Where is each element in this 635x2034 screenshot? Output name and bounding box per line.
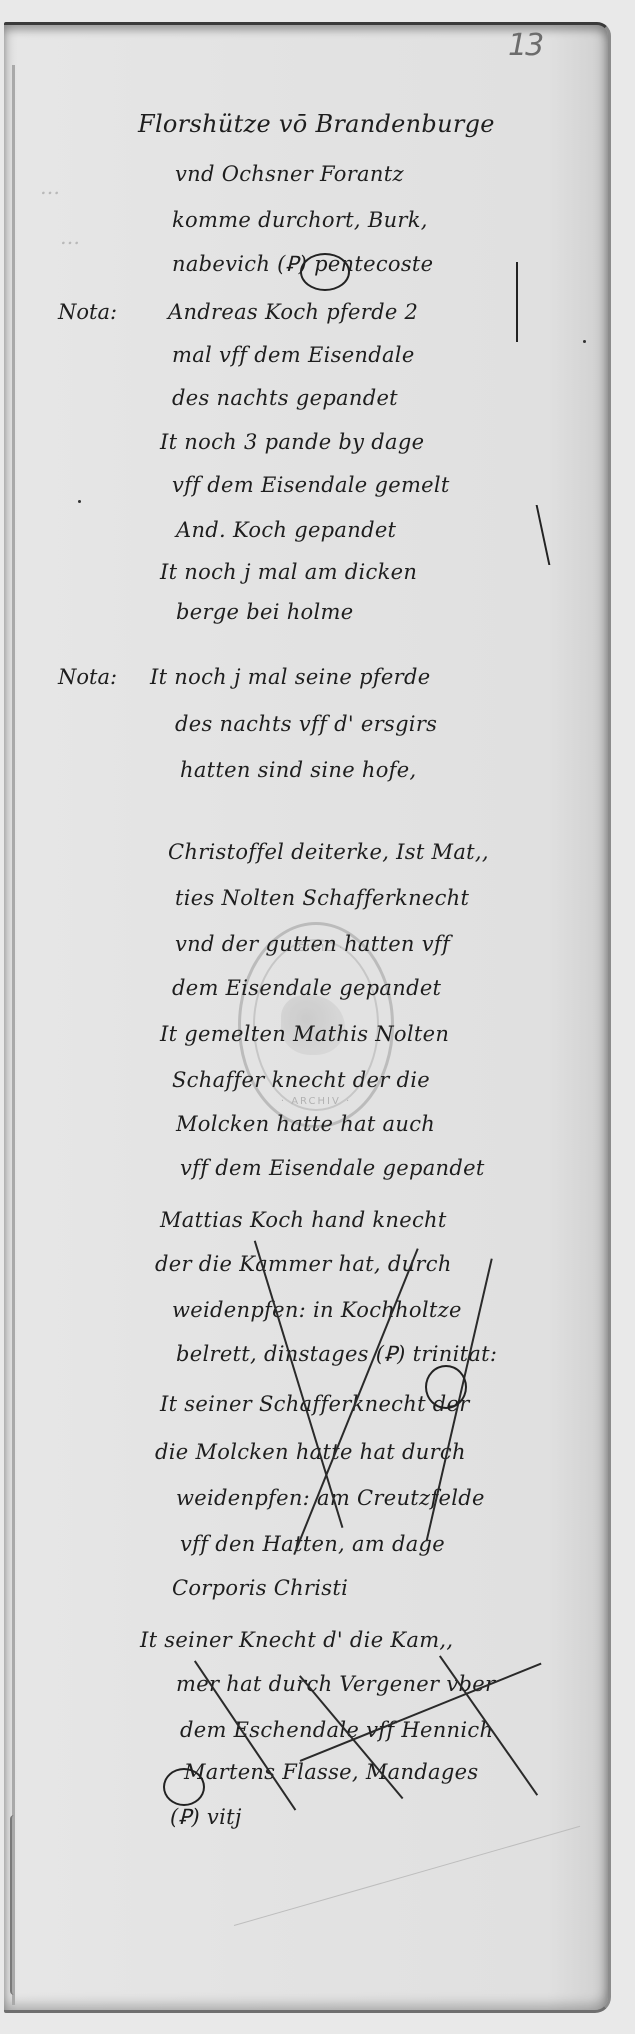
manuscript-line-struck: Corporis Christi	[172, 1576, 348, 1600]
margin-note-nota: Nota:	[58, 300, 117, 324]
manuscript-line: vnd der gutten hatten vff	[175, 932, 450, 956]
manuscript-line: des nachts vff d' ersgirs	[175, 712, 437, 736]
manuscript-line-struck: It seiner Knecht d' die Kam,,	[140, 1628, 453, 1652]
manuscript-line: mal vff dem Eisendale	[172, 343, 415, 367]
bleedthrough-text: …	[60, 225, 80, 249]
manuscript-line: vff dem Eisendale gepandet	[180, 1156, 485, 1180]
manuscript-line: vff dem Eisendale gemelt	[172, 473, 450, 497]
manuscript-line-struck: (Ꝑ) vitj	[170, 1805, 242, 1829]
manuscript-line: Andreas Koch pferde 2	[168, 300, 418, 324]
manuscript-line: Christoffel deiterke, Ist Mat,,	[168, 840, 489, 864]
manuscript-line: komme durchort, Burk,	[172, 208, 428, 232]
manuscript-line-struck: It seiner Schafferknecht der	[160, 1392, 470, 1416]
manuscript-line: It gemelten Mathis Nolten	[160, 1022, 449, 1046]
circled-abbreviation-mark	[425, 1365, 467, 1409]
manuscript-line: des nachts gepandet	[172, 386, 398, 410]
manuscript-line: It noch 3 pande by dage	[160, 430, 424, 454]
manuscript-line-struck: Martens Flasse, Mandages	[184, 1760, 478, 1784]
manuscript-line: It noch j mal am dicken	[160, 560, 417, 584]
manuscript-line: And. Koch gepandet	[176, 518, 396, 542]
manuscript-line-struck: belrett, dinstages (Ꝑ) trinitat:	[176, 1342, 497, 1366]
ink-bracket-mark	[510, 262, 518, 342]
manuscript-line: It noch j mal seine pferde	[150, 665, 430, 689]
ink-dot	[583, 340, 586, 343]
ink-dot	[78, 500, 81, 503]
manuscript-line: hatten sind sine hofe,	[180, 758, 416, 782]
circled-abbreviation-mark	[300, 253, 350, 291]
manuscript-line-struck: die Molcken hatte hat durch	[155, 1440, 466, 1464]
bleedthrough-text: …	[40, 175, 60, 199]
margin-note-nota: Nota:	[58, 665, 117, 689]
paper-crease	[234, 1826, 580, 1926]
manuscript-line: Florshütze vō Brandenburge	[138, 110, 495, 138]
manuscript-line: dem Eisendale gepandet	[172, 976, 441, 1000]
folio-number: 13	[508, 28, 542, 63]
circled-abbreviation-mark	[163, 1768, 205, 1806]
binding-thread	[10, 1815, 20, 1995]
manuscript-line: vnd Ochsner Forantz	[175, 162, 404, 186]
manuscript-line-struck: vff den Hatten, am dage	[180, 1532, 445, 1556]
manuscript-line: Molcken hatte hat auch	[176, 1112, 435, 1136]
binding-edge	[12, 65, 15, 2005]
manuscript-line: Schaffer knecht der die	[172, 1068, 430, 1092]
manuscript-line-struck: weidenpfen: in Kochholtze	[172, 1298, 462, 1322]
manuscript-line-struck: mer hat durch Vergener vber	[176, 1672, 495, 1696]
manuscript-line: berge bei holme	[176, 600, 353, 624]
manuscript-line-struck: Mattias Koch hand knecht	[160, 1208, 447, 1232]
manuscript-line: ties Nolten Schafferknecht	[175, 886, 469, 910]
seal-bottom-text: · ARCHIV ·	[241, 1096, 391, 1107]
